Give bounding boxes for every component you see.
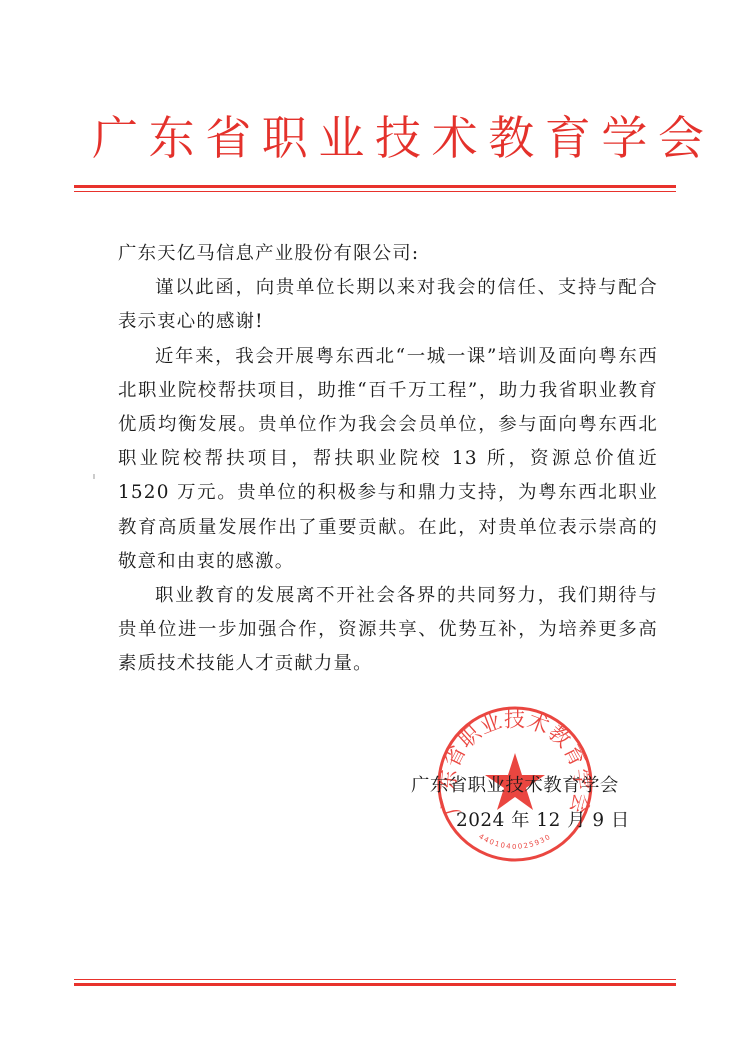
paragraph-projects: 近年来，我会开展粤东西北“一城一课”培训及面向粤东西北职业院校帮扶项目，助推“百… (118, 340, 658, 579)
signature-date: 2024 年 12 月 9 日 (456, 806, 630, 832)
header-divider-thick (74, 185, 676, 188)
footer-divider-thin (74, 979, 676, 980)
paragraph-thanks: 谨以此函，向贵单位长期以来对我会的信任、支持与配合表示衷心的感谢! (118, 271, 658, 339)
scan-artifact (93, 474, 95, 479)
header-divider-thin (74, 191, 676, 192)
salutation: 广东天亿马信息产业股份有限公司: (118, 237, 658, 271)
signature-organization: 广东省职业技术教育学会 (411, 771, 619, 797)
letter-body: 广东天亿马信息产业股份有限公司: 谨以此函，向贵单位长期以来对我会的信任、支持与… (118, 237, 658, 682)
footer-divider-thick (74, 983, 676, 986)
paragraph-cooperation: 职业教育的发展离不开社会各界的共同努力，我们期待与贵单位进一步加强合作，资源共享… (118, 579, 658, 682)
svg-text:4401040025930: 4401040025930 (477, 833, 553, 851)
letterhead-title: 广东省职业技术教育学会 (92, 108, 662, 168)
